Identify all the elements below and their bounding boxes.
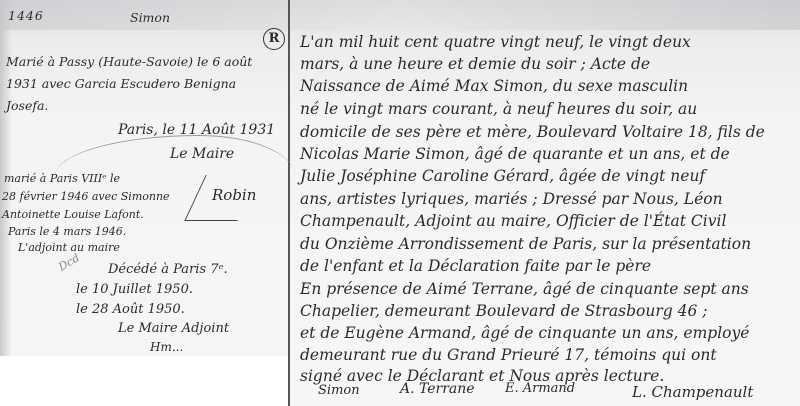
act-line: domicile de ses père et mère, Boulevard …: [300, 123, 765, 141]
act-line: de l'enfant et la Déclaration faite par …: [300, 257, 651, 275]
act-line: Naissance de Aimé Max Simon, du sexe mas…: [300, 77, 688, 95]
margin-rule: [288, 0, 290, 406]
act-line: demeurant rue du Grand Prieuré 17, témoi…: [300, 346, 717, 364]
marriage-2-line: marié à Paris VIIIᵉ le: [4, 172, 120, 185]
marriage-2-place-date: Paris le 4 mars 1946.: [8, 225, 126, 238]
act-line: Chapelier, demeurant Boulevard de Strasb…: [300, 302, 708, 320]
act-line: L'an mil huit cent quatre vingt neuf, le…: [300, 33, 691, 51]
marriage-1-signature: Robin: [212, 186, 256, 204]
act-line: du Onzième Arrondissement de Paris, sur …: [300, 235, 751, 253]
death-line: le 10 Juillet 1950.: [76, 282, 193, 297]
signature-officer: L. Champenault: [632, 383, 753, 401]
act-line: ans, artistes lyriques, mariés ; Dressé …: [300, 190, 723, 208]
signature-father: Simon: [318, 383, 360, 398]
death-line: le 28 Août 1950.: [76, 302, 185, 317]
act-line: et de Eugène Armand, âgé de cinquante un…: [300, 324, 749, 342]
entry-surname: Simon: [130, 10, 170, 25]
pencil-mark: [55, 135, 295, 176]
marriage-2-line: 28 février 1946 avec Simonne: [2, 190, 170, 203]
act-line: Champenault, Adjoint au maire, Officier …: [300, 212, 726, 230]
act-line: Julie Joséphine Caroline Gérard, âgée de…: [300, 167, 705, 185]
signature-witness-2: E. Armand: [505, 381, 575, 396]
death-signature: Hm...: [150, 340, 183, 354]
signature-witness-1: A. Terrane: [400, 381, 475, 397]
marriage-2-line: Antoinette Louise Lafont.: [2, 208, 144, 221]
death-line: Décédé à Paris 7ᵉ.: [108, 262, 228, 277]
document-page: 1446 Simon R Marié à Passy (Haute-Savoie…: [0, 0, 800, 406]
death-line: Le Maire Adjoint: [118, 321, 229, 336]
stamp-r-icon: R: [263, 28, 285, 50]
blank-cropped-area: [0, 356, 288, 406]
act-line: Nicolas Marie Simon, âgé de quarante et …: [300, 145, 730, 163]
marriage-1-line: 1931 avec Garcia Escudero Benigna: [6, 76, 236, 91]
entry-number: 1446: [8, 8, 44, 23]
death-annotation-label: Dcd: [56, 251, 82, 273]
act-line: En présence de Aimé Terrane, âgé de cinq…: [300, 280, 749, 298]
marriage-1-line: Marié à Passy (Haute-Savoie) le 6 août: [6, 54, 252, 69]
marriage-1-line: Josefa.: [6, 98, 48, 113]
act-line: mars, à une heure et demie du soir ; Act…: [300, 55, 650, 73]
marriage-2-signatory: L'adjoint au maire: [18, 241, 120, 254]
act-line: né le vingt mars courant, à neuf heures …: [300, 100, 697, 118]
